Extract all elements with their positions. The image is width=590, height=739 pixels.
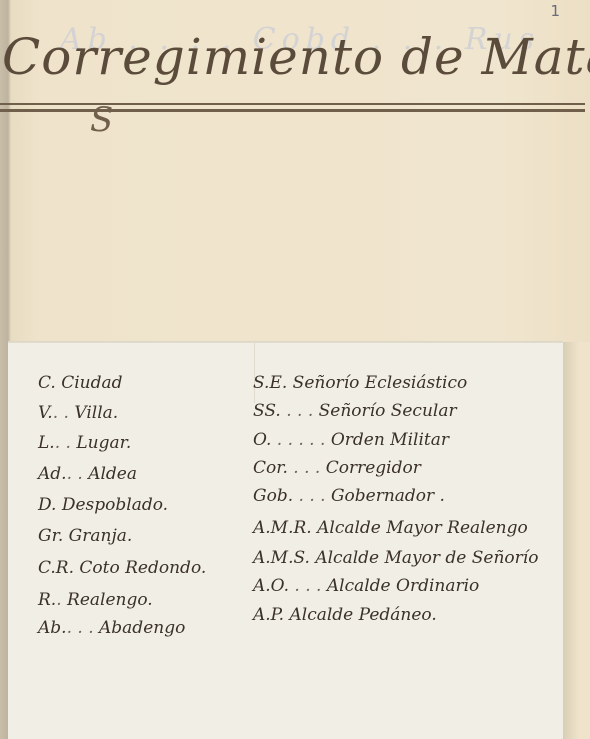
legend-abbr: Gob. <box>253 486 293 506</box>
legend-abbr: SS. <box>253 401 281 421</box>
legend-abbr: A.M.R. <box>253 518 312 538</box>
legend-meaning: Alcalde Mayor de Señorío <box>315 548 538 568</box>
legend-entry: D. Despoblado. <box>38 495 168 515</box>
legend-entry: Gr. Granja. <box>38 526 132 546</box>
legend-entry: A.M.S. Alcalde Mayor de Señorío <box>253 548 538 568</box>
legend-entry: A.O. . . . Alcalde Ordinario <box>253 576 479 596</box>
title-rule-top <box>0 103 585 105</box>
legend-entry: A.M.R. Alcalde Mayor Realengo <box>253 518 528 538</box>
legend-meaning: Despoblado. <box>62 495 168 515</box>
legend-meaning: Corregidor <box>326 458 421 478</box>
legend-meaning: Coto Redondo. <box>79 558 206 578</box>
legend-entry: R.. Realengo. <box>38 590 153 610</box>
legend-abbr: L. <box>38 433 55 453</box>
legend-abbr: A.M.S. <box>253 548 310 568</box>
legend-entry: C. Ciudad <box>38 373 123 393</box>
legend-entry: Gob. . . . Gobernador . <box>253 486 445 506</box>
legend-meaning: Ciudad <box>61 373 122 393</box>
legend-meaning: Abadengo <box>99 618 185 638</box>
legend-meaning: Lugar. <box>76 433 131 453</box>
legend-abbr: A.P. <box>253 605 284 625</box>
legend-entry: Ab.. . . Abadengo <box>38 618 185 638</box>
legend-entry: Ad.. . Aldea <box>38 464 137 484</box>
legend-abbr: Ab. <box>38 618 67 638</box>
legend-entry: O. . . . . . Orden Militar <box>253 430 449 450</box>
legend-meaning: Aldea <box>88 464 137 484</box>
legend-entry: Cor. . . . Corregidor <box>253 458 421 478</box>
legend-entry: C.R. Coto Redondo. <box>38 558 206 578</box>
legend-meaning: Gobernador . <box>331 486 445 506</box>
manuscript-page: 1 Ab . . . . Cobd . . . Rus Corregimient… <box>0 0 590 739</box>
legend-meaning: Villa. <box>74 403 118 423</box>
legend-abbr: A.O. <box>253 576 289 596</box>
legend-entry: V.. . Villa. <box>38 403 118 423</box>
legend-meaning: Granja. <box>69 526 133 546</box>
legend-abbr: Cor. <box>253 458 288 478</box>
legend-abbr: Gr. <box>38 526 63 546</box>
paper-edge <box>563 342 590 739</box>
legend-meaning: Señorío Eclesiástico <box>293 373 468 393</box>
legend-meaning: Señorío Secular <box>319 401 457 421</box>
legend-entry: L.. . Lugar. <box>38 433 131 453</box>
legend-abbr: Ad. <box>38 464 67 484</box>
legend-abbr: S.E. <box>253 373 287 393</box>
legend-slip: C. Ciudad V.. . Villa. L.. . Lugar. Ad..… <box>8 342 563 739</box>
legend-meaning: Realengo. <box>67 590 153 610</box>
legend-meaning: Orden Militar <box>331 430 449 450</box>
legend-abbr: O. <box>253 430 271 450</box>
legend-abbr: C.R. <box>38 558 74 578</box>
title-rule-bottom <box>0 109 585 112</box>
legend-meaning: Alcalde Ordinario <box>327 576 479 596</box>
legend-meaning: Alcalde Pedáneo. <box>289 605 436 625</box>
legend-abbr: V. <box>38 403 53 423</box>
legend-abbr: R. <box>38 590 56 610</box>
legend-meaning: Alcalde Mayor Realengo <box>317 518 528 538</box>
legend-entry: A.P. Alcalde Pedáneo. <box>253 605 437 625</box>
title-flourish: S <box>90 100 113 140</box>
page-title: Corregimiento de Mataró <box>2 28 582 86</box>
legend-entry: S.E. Señorío Eclesiástico <box>253 373 467 393</box>
legend-abbr: D. <box>38 495 56 515</box>
page-number: 1 <box>550 2 560 20</box>
legend-abbr: C. <box>38 373 56 393</box>
legend-entry: SS. . . . Señorío Secular <box>253 401 457 421</box>
